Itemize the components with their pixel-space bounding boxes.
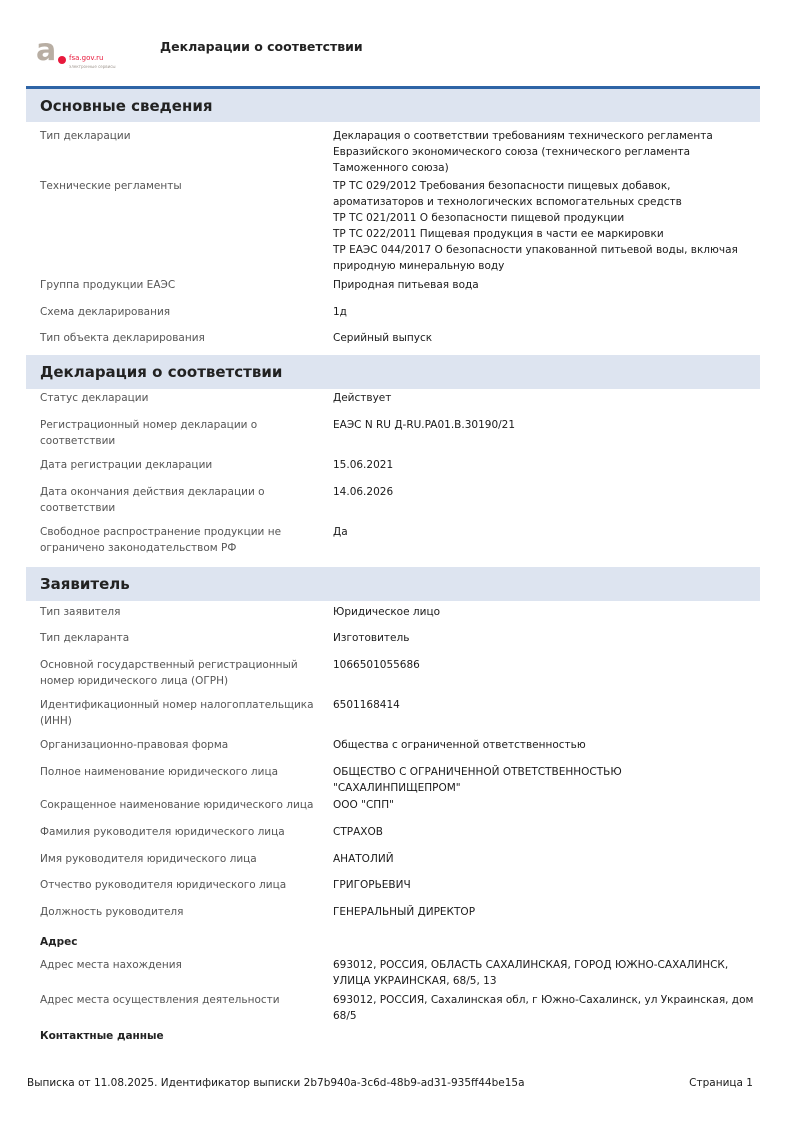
field-value: Природная питьевая вода: [333, 277, 758, 293]
row-declaration-type: Тип декларации Декларация о соответствии…: [40, 128, 760, 176]
document-header: a fsa.gov.ru электронные сервисы Деклара…: [0, 0, 793, 86]
contacts-subheading: Контактные данные: [40, 1030, 164, 1042]
field-value: 14.06.2026: [333, 484, 758, 500]
regulation-item: ТР ТС 021/2011 О безопасности пищевой пр…: [333, 210, 758, 226]
field-label: Полное наименование юридического лица: [40, 764, 325, 780]
field-label: Адрес места нахождения: [40, 957, 325, 973]
fsa-logo: a fsa.gov.ru электронные сервисы: [36, 36, 136, 72]
section-main-heading: Основные сведения: [26, 86, 760, 122]
field-value: Серийный выпуск: [333, 330, 758, 346]
regulation-item: ТР ЕАЭС 044/2017 О безопасности упакован…: [333, 242, 758, 274]
field-value: СТРАХОВ: [333, 824, 758, 840]
field-label: Тип заявителя: [40, 604, 325, 620]
logo-dot-icon: [58, 56, 66, 64]
field-value: АНАТОЛИЙ: [333, 851, 758, 867]
field-label: Тип объекта декларирования: [40, 330, 325, 346]
field-value: Декларация о соответствии требованиям те…: [333, 128, 758, 176]
page-title: Декларации о соответствии: [160, 39, 363, 54]
field-value: Общества с ограниченной ответственностью: [333, 737, 758, 753]
address-subheading: Адрес: [40, 936, 77, 948]
field-value: 693012, РОССИЯ, ОБЛАСТЬ САХАЛИНСКАЯ, ГОР…: [333, 957, 758, 989]
field-value: Да: [333, 524, 758, 540]
field-label: Свободное распространение продукции не о…: [40, 524, 325, 556]
extract-info: Выписка от 11.08.2025. Идентификатор вып…: [27, 1077, 525, 1089]
field-label: Должность руководителя: [40, 904, 325, 920]
field-label: Тип декларанта: [40, 630, 325, 646]
row-technical-regulations: Технические регламенты ТР ТС 029/2012 Тр…: [40, 178, 760, 274]
field-value: ГРИГОРЬЕВИЧ: [333, 877, 758, 893]
logo-a-icon: a: [36, 36, 56, 66]
field-label: Основной государственный регистрационный…: [40, 657, 325, 689]
page-footer: Выписка от 11.08.2025. Идентификатор вып…: [27, 1077, 753, 1089]
field-label: Статус декларации: [40, 390, 325, 406]
field-label: Фамилия руководителя юридического лица: [40, 824, 325, 840]
logo-subtext: электронные сервисы: [69, 64, 116, 69]
field-label: Схема декларирования: [40, 304, 325, 320]
logo-text: fsa.gov.ru: [69, 54, 104, 62]
page-number: Страница 1: [689, 1077, 753, 1089]
field-value: 1д: [333, 304, 758, 320]
field-label: Группа продукции ЕАЭС: [40, 277, 325, 293]
field-value: ЕАЭС N RU Д-RU.PA01.B.30190/21: [333, 417, 758, 433]
field-value: 1066501055686: [333, 657, 758, 673]
field-value: 15.06.2021: [333, 457, 758, 473]
regulation-item: ТР ТС 029/2012 Требования безопасности п…: [333, 178, 758, 210]
field-label: Регистрационный номер декларации о соотв…: [40, 417, 325, 449]
field-value: 693012, РОССИЯ, Сахалинская обл, г Южно-…: [333, 992, 758, 1024]
field-label: Тип декларации: [40, 128, 325, 144]
section-applicant-heading: Заявитель: [26, 567, 760, 601]
field-value: ОБЩЕСТВО С ОГРАНИЧЕННОЙ ОТВЕТСТВЕННОСТЬЮ…: [333, 764, 633, 796]
field-label: Сокращенное наименование юридического ли…: [40, 797, 335, 813]
field-label: Адрес места осуществления деятельности: [40, 992, 325, 1008]
field-value-list: ТР ТС 029/2012 Требования безопасности п…: [333, 178, 758, 274]
status-value: Действует: [333, 390, 758, 406]
field-value: ООО "СПП": [333, 797, 758, 813]
field-value: Юридическое лицо: [333, 604, 758, 620]
field-value: ГЕНЕРАЛЬНЫЙ ДИРЕКТОР: [333, 904, 758, 920]
regulation-item: ТР ТС 022/2011 Пищевая продукция в части…: [333, 226, 758, 242]
field-label: Имя руководителя юридического лица: [40, 851, 325, 867]
field-value: 6501168414: [333, 697, 758, 713]
field-label: Дата регистрации декларации: [40, 457, 325, 473]
field-label: Организационно-правовая форма: [40, 737, 325, 753]
section-declaration-heading: Декларация о соответствии: [26, 355, 760, 389]
field-value: Изготовитель: [333, 630, 758, 646]
field-label: Технические регламенты: [40, 178, 325, 194]
field-label: Идентификационный номер налогоплательщик…: [40, 697, 325, 729]
field-label: Отчество руководителя юридического лица: [40, 877, 325, 893]
field-label: Дата окончания действия декларации о соо…: [40, 484, 325, 516]
